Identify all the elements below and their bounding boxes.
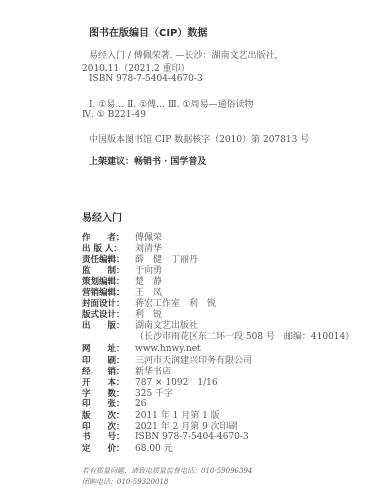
cip-classification-2: Ⅳ. ① B221-49 xyxy=(82,110,146,120)
group-purchase-phone: 团购电话：010-59320018 xyxy=(82,477,168,487)
quality-hotline: 若有质量问题，请致电质量监督电话：010-59096394 xyxy=(82,466,252,476)
shelf-advice: 上架建议：畅销书 · 国学普及 xyxy=(89,154,206,167)
cip-classification-1: Ⅰ. ①易… Ⅱ. ①傅… Ⅲ. ①周易—通俗读物 xyxy=(89,97,253,110)
cip-line-1: 易经入门 / 傅佩荣著. —长沙：湖南文艺出版社， xyxy=(89,48,283,61)
cip-line-2: 2010.11（2021.2 重印） xyxy=(82,61,190,74)
cip-heading: 图书在版编目（CIP）数据 xyxy=(89,24,207,39)
record-price: 定 价：68.00 元 xyxy=(82,441,173,454)
book-title: 易经入门 xyxy=(82,209,122,224)
cip-isbn: ISBN 978-7-5404-4670-3 xyxy=(89,74,203,84)
record-address: （长沙市雨花区东二环一段 508 号 邮编：410014） xyxy=(82,329,354,342)
cip-number: 中国版本图书馆 CIP 数据核字（2010）第 207813 号 xyxy=(89,132,309,145)
